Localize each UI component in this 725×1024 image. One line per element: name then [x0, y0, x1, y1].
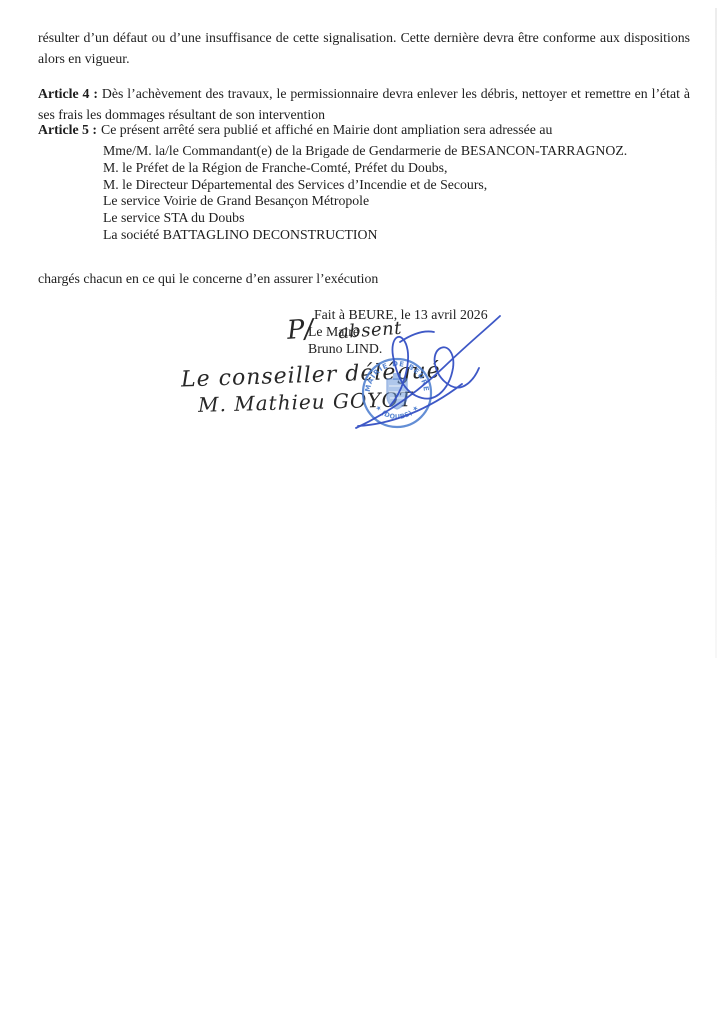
signer-name: Bruno LIND. [308, 341, 382, 356]
recipient-line: M. le Directeur Départemental des Servic… [103, 177, 698, 194]
intro-paragraph: résulter d’un défaut ou d’une insuffisan… [38, 27, 690, 69]
article-5-intro-text: Ce présent arrêté sera publié et affiché… [101, 122, 552, 137]
article-5-label: Article 5 : [38, 122, 101, 137]
scan-artifact-line [715, 8, 717, 658]
recipient-line: Mme/M. la/le Commandant(e) de la Brigade… [103, 143, 698, 160]
signer-name-line: Bruno LIND. [308, 340, 488, 357]
recipient-line: Le service STA du Doubs [103, 210, 698, 227]
recipient-line: Le service Voirie de Grand Besançon Métr… [103, 193, 698, 210]
article-4-label: Article 4 : [38, 86, 102, 101]
article-5-intro-line: Article 5 :Ce présent arrêté sera publié… [38, 119, 698, 140]
article-5-section: Article 5 :Ce présent arrêté sera publié… [38, 119, 698, 244]
delegate-name-handwritten: M. Mathieu GOYOT [198, 387, 414, 417]
article-4-text: Dès l’achèvement des travaux, le permiss… [38, 86, 690, 122]
scanned-document-page: résulter d’un défaut ou d’une insuffisan… [0, 0, 725, 1024]
recipient-list: Mme/M. la/le Commandant(e) de la Brigade… [103, 143, 698, 244]
per-procuration-handwritten-note: P/ [286, 314, 314, 346]
closing-line: chargés chacun en ce qui le concerne d’e… [38, 268, 690, 289]
recipient-line: M. le Préfet de la Région de Franche-Com… [103, 160, 698, 177]
absent-handwritten-note: absent [337, 318, 402, 343]
recipient-line: La société BATTAGLINO DECONSTRUCTION [103, 227, 698, 244]
